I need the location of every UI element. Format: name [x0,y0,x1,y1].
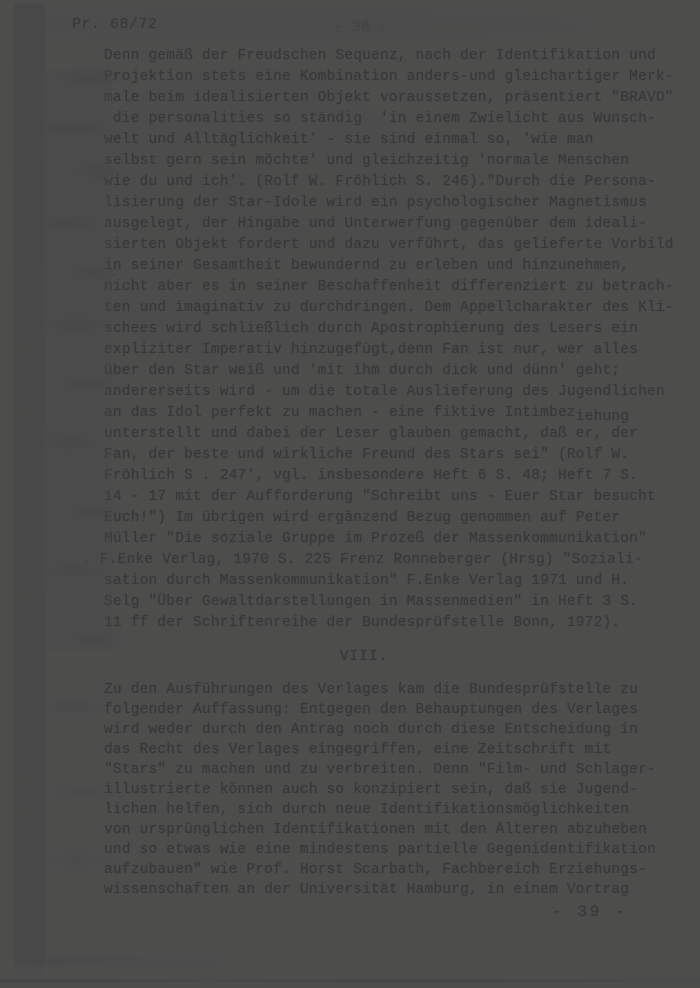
text-line: aufzubauen" wie Prof. Horst Scarbath, Fa… [104,860,688,880]
case-number: Pr. 68/72 [72,16,158,33]
text-line: Selg "Über Gewaltdarstellungen in Massen… [104,592,688,613]
bottom-left-smudge [28,958,238,965]
text-line: sierten Objekt fordert und dazu verführt… [104,235,688,256]
scanned-document-page: Pr. 68/72 - 38 - Denn gemäß der Freudsch… [0,0,700,988]
text-line: male beim idealisierten Objekt vorausset… [104,88,688,109]
text-line: Fan, der beste und wirkliche Freund des … [104,445,688,466]
text-line: Projektion stets eine Kombination anders… [104,67,688,88]
text-line: von ursprünglichen Identifikationen mit … [104,820,688,840]
bottom-scan-edge-line [0,979,700,982]
text-line: an das Idol perfekt zu machen - eine fik… [104,403,688,424]
text-line: nicht aber es in seiner Beschaffenheit d… [104,277,688,298]
text-line: andererseits wird - um die totale Auslie… [104,382,688,403]
page-number-top: - 38 - [318,19,404,36]
text-line: die personalities so ständig 'in einem Z… [104,109,688,130]
paragraph-1: Denn gemäß der Freudschen Sequenz, nach … [104,46,688,634]
paragraph-2: Zu den Ausführungen des Verlages kam die… [104,680,688,900]
text-line: Fröhlich S . 247', vgl. insbesondere Hef… [104,466,688,487]
text-line: expliziter Imperativ hinzugefügt,denn Fa… [104,340,688,361]
text-line: Zu den Ausführungen des Verlages kam die… [104,680,688,700]
text-line: wissenschaften an der Universität Hambur… [104,880,688,900]
text-line: 11 ff der Schriftenreihe der Bundesprüfs… [104,613,688,634]
text-line: wie du und ich'. (Rolf W. Fröhlich S. 24… [104,172,688,193]
text-line: lisierung der Star-Idole wird ein psycho… [104,193,688,214]
text-line: in seiner Gesamtheit bewundernd zu erleb… [104,256,688,277]
text-line: "Stars" zu machen und zu verbreiten. Den… [104,760,688,780]
text-line: lichen helfen, sich durch neue Identifik… [104,800,688,820]
text-line: wird weder durch den Antrag noch durch d… [104,720,688,740]
text-line: ausgelegt, der Hingabe und Unterwerfung … [104,214,688,235]
text-line: Müller "Die soziale Gruppe im Prozeß der… [104,529,688,550]
text-line: Euch!") Im übrigen wird ergänzend Bezug … [104,508,688,529]
text-line: und so etwas wie eine mindestens partiel… [104,840,688,860]
text-line: schees wird schließlich durch Apostrophi… [104,319,688,340]
text-line: illustrierte können auch so konzipiert s… [104,780,688,800]
text-line: 14 - 17 mit der Aufforderung "Schreibt u… [104,487,688,508]
text-line: ten und imaginativ zu durchdringen. Dem … [104,298,688,319]
page-number-bottom: - 39 - [552,903,628,921]
document-body: Denn gemäß der Freudschen Sequenz, nach … [104,46,688,900]
text-line: über den Star weiß und 'mit ihm durch di… [104,361,688,382]
text-line: sation durch Massenkommunikation" F.Enke… [104,571,688,592]
text-line: welt und Alltäglichkeit' - sie sind einm… [104,130,688,151]
left-scan-edge-band [15,6,43,974]
text-line: folgender Auffassung: Entgegen den Behau… [104,700,688,720]
section-heading: VIII. [104,647,624,668]
text-line: . F.Enke Verlag, 1970 S. 225 Frenz Ronne… [104,550,688,571]
text-line: Denn gemäß der Freudschen Sequenz, nach … [104,46,688,67]
text-line: das Recht des Verlages eingegriffen, ein… [104,740,688,760]
text-line: selbst gern sein möchte' und gleichzeiti… [104,151,688,172]
